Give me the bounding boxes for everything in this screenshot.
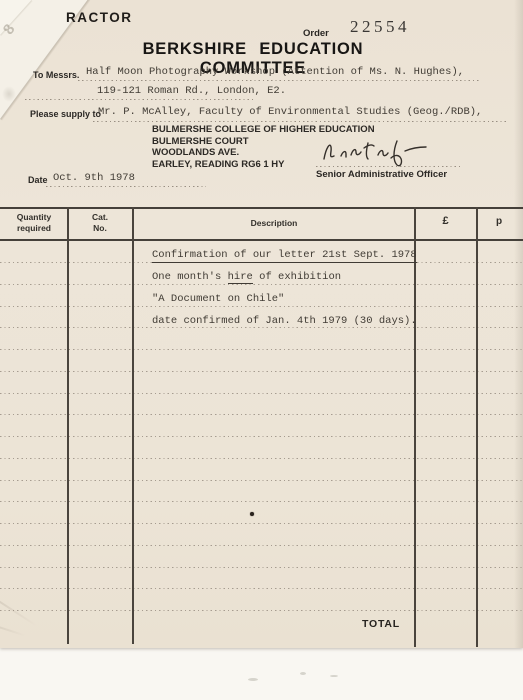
description-line-1: Confirmation of our letter 21st Sept. 19… (152, 249, 417, 261)
description-line-2-pre: One month's (152, 271, 228, 283)
order-label: Order (303, 28, 329, 39)
column-header-quantity: Quantity required (6, 212, 62, 233)
table-row-dotted-line (0, 284, 523, 285)
dotted-rule (46, 186, 206, 187)
order-number-stamp: 22554 (350, 17, 410, 37)
column-header-description: Description (134, 218, 414, 229)
table-row-dotted-line (0, 501, 523, 502)
recipient-line-2: 119-121 Roman Rd., London, E2. (97, 85, 286, 97)
table-row-dotted-line (0, 588, 523, 589)
dotted-rule (93, 121, 507, 122)
column-header-cat-no: Cat. No. (86, 212, 114, 233)
description-line-2: One month's hire of exhibition (152, 271, 341, 283)
signature-scrawl (320, 135, 450, 167)
description-line-1-text: Confirmation of our letter 21st Sept. 19… (152, 249, 417, 263)
paper-edge-shadow (514, 0, 523, 648)
table-row-dotted-line (0, 545, 523, 546)
total-label: TOTAL (362, 618, 400, 630)
table-header-border (0, 239, 523, 241)
supply-to-value: Mr. P. McAlley, Faculty of Environmental… (98, 106, 482, 118)
signature-role-label: Senior Administrative Officer (316, 169, 447, 180)
table-row-dotted-line (0, 371, 523, 372)
scan-smudge (248, 678, 258, 681)
column-header-pounds: £ (415, 216, 476, 227)
dotted-rule (25, 99, 255, 100)
college-address-line: BULMERSHE COLLEGE OF HIGHER EDUCATION (152, 124, 375, 136)
date-value: Oct. 9th 1978 (53, 172, 135, 184)
table-row-dotted-line (0, 523, 523, 524)
description-line-2-underlined: hire (228, 271, 253, 284)
to-messrs-label: To Messrs. (33, 70, 79, 80)
paper-sheet: 8 RACTOR Order 22554 BERKSHIRE EDUCATION… (0, 0, 523, 648)
description-line-3-text: "A Document on Chile" (152, 293, 284, 305)
scan-smudge (300, 672, 306, 675)
recipient-line-1: Half Moon Photography Workshop (Attentio… (86, 66, 464, 78)
table-row-dotted-line (0, 610, 523, 611)
date-label: Date (28, 175, 48, 185)
please-supply-to-label: Please supply to (30, 109, 101, 119)
table-column-rule (132, 207, 134, 644)
table-column-rule (67, 207, 69, 644)
paper-crease (0, 600, 37, 627)
table-row-dotted-line (0, 436, 523, 437)
column-header-pence: p (477, 217, 521, 228)
table-row-dotted-line (0, 327, 523, 328)
table-row-dotted-line (0, 349, 523, 350)
scanned-order-form: 8 RACTOR Order 22554 BERKSHIRE EDUCATION… (0, 0, 523, 700)
table-row-dotted-line (0, 567, 523, 568)
signature-dotted-rule (316, 166, 462, 167)
table-row-dotted-line (0, 458, 523, 459)
description-line-2-post: of exhibition (253, 271, 341, 283)
table-row-dotted-line (0, 393, 523, 394)
scan-smudge (330, 675, 338, 677)
description-line-4-text: date confirmed of Jan. 4th 1979 (30 days… (152, 315, 417, 327)
description-line-3: "A Document on Chile" (152, 293, 284, 305)
ink-speck (250, 512, 254, 516)
table-top-border (0, 207, 523, 209)
table-column-rule (476, 207, 478, 647)
paper-crease (0, 625, 26, 636)
dotted-rule (78, 80, 480, 81)
description-line-4: date confirmed of Jan. 4th 1979 (30 days… (152, 315, 417, 327)
table-row-dotted-line (0, 480, 523, 481)
table-row-dotted-line (0, 306, 523, 307)
contractor-stamp-partial: RACTOR (66, 10, 133, 25)
table-column-rule (414, 207, 416, 647)
table-row-dotted-line (0, 414, 523, 415)
